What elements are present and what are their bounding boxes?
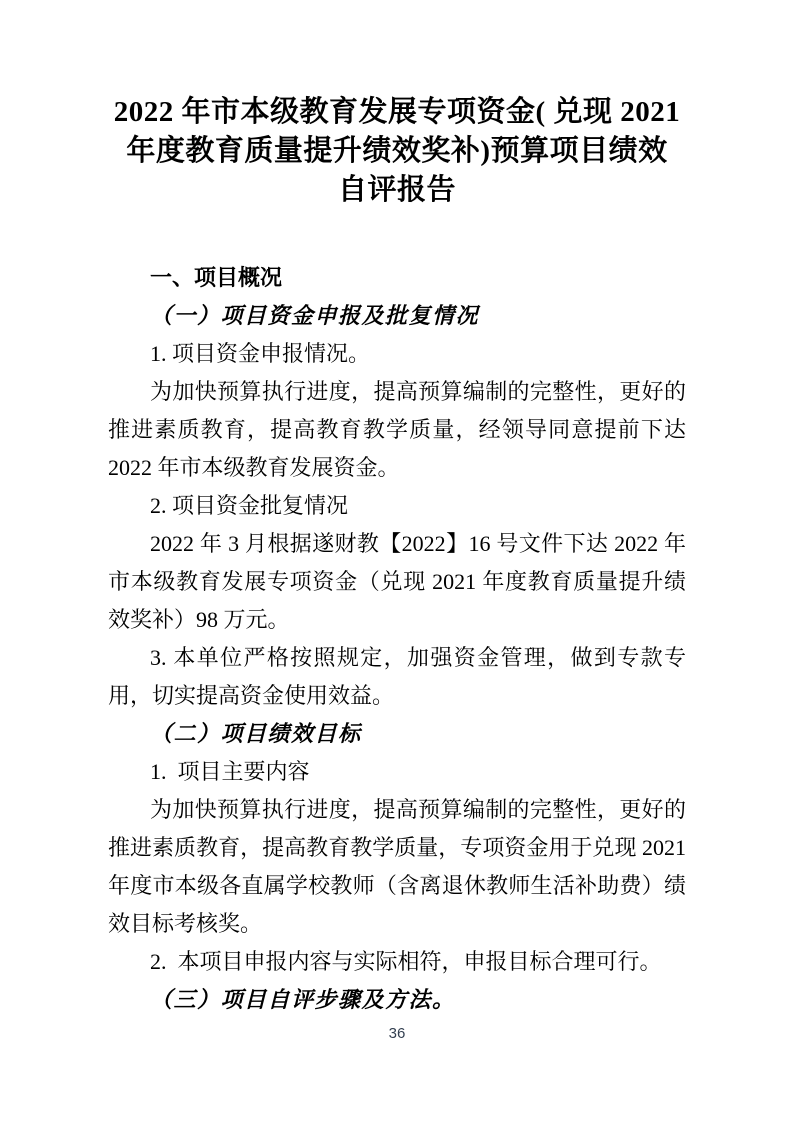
heading-project-overview: 一、项目概况 [108, 259, 686, 297]
para-project-main-content: 1. 项目主要内容 [108, 753, 686, 791]
document-content: 2022 年市本级教育发展专项资金( 兑现 2021 年度教育质量提升绩效奖补)… [108, 93, 686, 1019]
title-line-2: 年度教育质量提升绩效奖补)预算项目绩效 [108, 132, 686, 171]
document-page: 2022 年市本级教育发展专项资金( 兑现 2021 年度教育质量提升绩效奖补)… [0, 0, 794, 1123]
para-fund-management: 3. 本单位严格按照规定，加强资金管理，做到专款专用，切实提高资金使用效益。 [108, 639, 686, 715]
subheading-performance-goals: （二）项目绩效目标 [108, 715, 686, 753]
title-line-1: 2022 年市本级教育发展专项资金( 兑现 2021 [108, 93, 686, 132]
para-fund-application-detail: 为加快预算执行进度，提高预算编制的完整性，更好的推进素质教育，提高教育教学质量，… [108, 373, 686, 487]
para-declaration-consistency: 2. 本项目申报内容与实际相符，申报目标合理可行。 [108, 943, 686, 981]
subheading-self-evaluation-method: （三）项目自评步骤及方法。 [108, 981, 686, 1019]
document-title: 2022 年市本级教育发展专项资金( 兑现 2021 年度教育质量提升绩效奖补)… [108, 93, 686, 210]
para-project-content-detail: 为加快预算执行进度，提高预算编制的完整性，更好的推进素质教育，提高教育教学质量，… [108, 791, 686, 943]
para-fund-approval-detail: 2022 年 3 月根据遂财教【2022】16 号文件下达 2022 年市本级教… [108, 525, 686, 639]
para-fund-application-status: 1. 项目资金申报情况。 [108, 335, 686, 373]
subheading-fund-application-approval: （一）项目资金申报及批复情况 [108, 297, 686, 335]
para-fund-approval-status: 2. 项目资金批复情况 [108, 487, 686, 525]
title-line-3: 自评报告 [108, 171, 686, 210]
page-number: 36 [0, 1024, 794, 1044]
